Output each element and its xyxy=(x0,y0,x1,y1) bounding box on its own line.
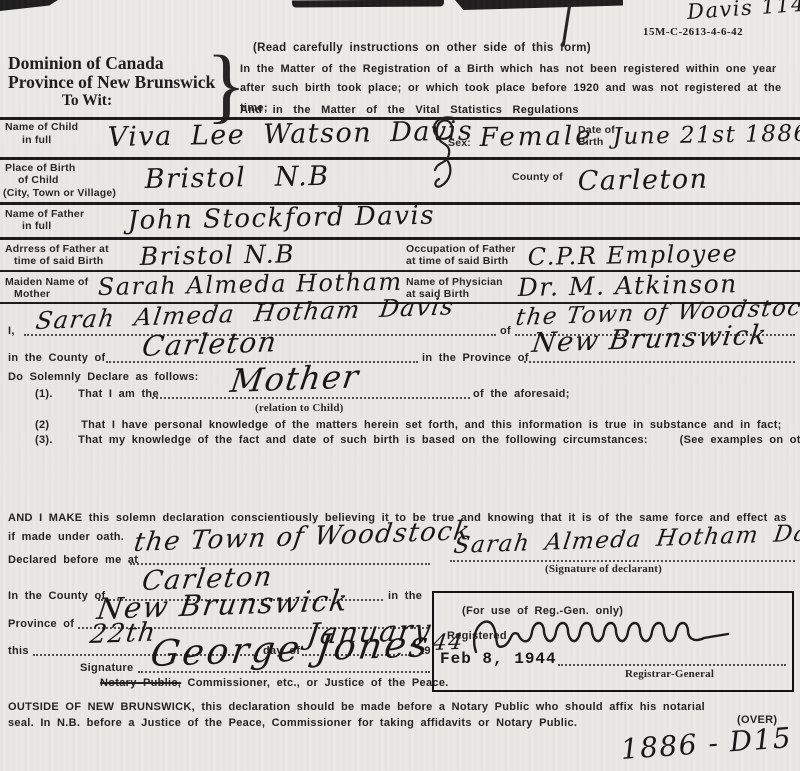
declarant-signature-label: (Signature of declarant) xyxy=(545,563,662,576)
i-label: I, xyxy=(8,322,15,341)
in-the-label: in the xyxy=(388,587,422,606)
father-name-value: John Stockford Davis xyxy=(127,201,435,236)
archive-note-top: Davis 114 xyxy=(686,0,800,24)
outside-nb-note: OUTSIDE OF NEW BRUNSWICK, this declarati… xyxy=(8,700,734,732)
father-address-label: Adrress of Father at xyxy=(5,243,109,256)
child-name-label2: in full xyxy=(22,134,51,147)
child-name-label: Name of Child xyxy=(5,121,78,134)
dotted-line xyxy=(450,560,795,562)
birthplace-label2: of Child xyxy=(18,174,59,187)
dob-label2: Birth xyxy=(578,136,604,149)
scan-edge-artifact xyxy=(292,0,444,8)
father-occupation-label: Occupation of Father xyxy=(406,243,516,256)
father-name-label2: in full xyxy=(22,220,51,233)
father-name-label: Name of Father xyxy=(5,208,84,221)
physician-label: Name of Physician xyxy=(406,276,503,289)
dotted-line xyxy=(152,397,470,399)
scan-edge-artifact xyxy=(0,0,58,11)
scan-edge-artifact xyxy=(455,0,623,10)
father-occupation-value: C.P.R Employee xyxy=(528,239,739,271)
father-occupation-label2: at time of said Birth xyxy=(406,255,508,268)
read-note: (Read carefully instructions on other si… xyxy=(253,38,591,58)
witness-signature: George Jones xyxy=(148,624,433,675)
dotted-line xyxy=(138,671,430,673)
registered-date-stamp: Feb 8, 1944 xyxy=(440,650,557,668)
birthplace-label3: (City, Town or Village) xyxy=(3,187,116,200)
relation-value: Mother xyxy=(228,357,362,400)
witness-title: Notary Public, Commissioner, etc., or Ju… xyxy=(100,674,449,693)
jurisdiction-line2: Province of New Brunswick xyxy=(8,72,215,93)
rule xyxy=(0,237,800,240)
dotted-line xyxy=(524,361,795,363)
mother-maiden-label2: Mother xyxy=(14,288,50,301)
item3: (3). That my knowledge of the fact and d… xyxy=(35,431,800,450)
sex-label: Sex: xyxy=(448,137,471,150)
form-number: 15M-C-2613-4-6-42 xyxy=(643,26,743,38)
of-label: of xyxy=(500,322,511,341)
rule xyxy=(0,157,800,160)
county-label: County of xyxy=(512,171,563,184)
dob-value: June 21st 1886 xyxy=(613,121,800,150)
county-of-value: Carleton xyxy=(140,325,280,363)
pen-flourish xyxy=(421,112,467,190)
mother-maiden-label: Maiden Name of xyxy=(5,276,88,289)
witness-title-rest: Commissioner, etc., or Justice of the Pe… xyxy=(181,677,448,689)
birthplace-value: Bristol N.B xyxy=(144,161,329,195)
exec-county-label: In the County of xyxy=(8,587,106,606)
father-address-value: Bristol N.B xyxy=(139,239,295,271)
dotted-line xyxy=(558,664,786,666)
exec-day-value: 22th xyxy=(88,618,158,650)
physician-value: Dr. M. Atkinson xyxy=(517,269,738,302)
sex-value: Female xyxy=(479,121,593,153)
dob-label: Date of xyxy=(578,124,615,137)
registrar-general-label: Registrar-General xyxy=(625,668,714,681)
birth-registration-form-scan: Davis 114 15M-C-2613-4-6-42 Dominion of … xyxy=(0,0,800,771)
exec-province-label: Province of xyxy=(8,615,74,634)
jurisdiction-line3: To Wit: xyxy=(62,92,112,110)
relation-sublabel: (relation to Child) xyxy=(255,402,344,415)
birthplace-label: Place of Birth xyxy=(5,162,75,175)
county-value: Carleton xyxy=(577,164,708,197)
county-of-label: in the County of xyxy=(8,349,106,368)
child-name-value: Viva Lee Watson Davis xyxy=(107,116,473,153)
witness-title-struck: Notary Public, xyxy=(100,677,181,689)
province-of-label: in the Province of xyxy=(422,349,529,368)
item1-post: of the aforesaid; xyxy=(473,385,570,404)
item1-pre: (1). That I am the xyxy=(35,385,159,404)
father-address-label2: time of said Birth xyxy=(14,255,103,268)
jurisdiction-line1: Dominion of Canada xyxy=(8,53,164,74)
declared-before-label: Declared before me at xyxy=(8,551,138,570)
this-label: this xyxy=(8,642,29,661)
